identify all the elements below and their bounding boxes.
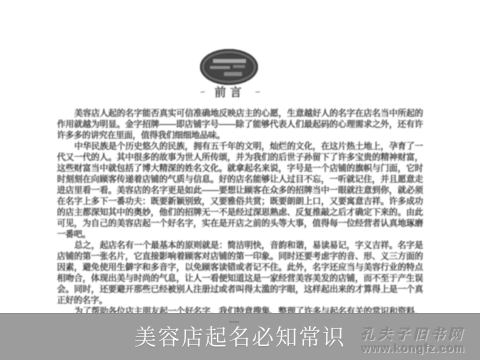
right-flourish-icon: ~ (254, 87, 261, 98)
paragraph: 总之，起店名有一个最基本的原则就是：简洁明快，音韵和谐，易读易记，字义吉祥。名字… (57, 240, 423, 306)
caption-bar: 美容店起名必知常识 孔夫子旧书网 www.kongfz.com (0, 313, 480, 360)
scanned-book-page: ~ 前言 ~ 美容店人起的名字能否真实可信准确地反映店主的心愿，生意越好人的名字… (0, 0, 480, 360)
section-label-row: ~ 前言 ~ (160, 84, 300, 100)
watermark: 孔夫子旧书网 www.kongfz.com (361, 328, 466, 355)
left-flourish-icon: ~ (199, 87, 206, 98)
document-body: 美容店人起的名字能否真实可信准确地反映店主的心愿，生意越好人的名字在店名当中所起… (57, 108, 423, 314)
watermark-site-name: 孔夫子旧书网 (361, 328, 466, 343)
paragraph: 中华民族是个历史悠久的民族，拥有五千年的文明，灿烂的文化，在这片热土地上，孕育了… (57, 141, 423, 240)
seal-inner-mark (224, 72, 242, 76)
publisher-seal-icon (200, 49, 258, 85)
seal-inner-mark (213, 59, 246, 63)
seal-inner-mark (233, 65, 245, 68)
seal-inner-mark (210, 66, 230, 69)
section-label: 前言 (215, 84, 246, 100)
paragraph: 美容店人起的名字能否真实可信准确地反映店主的心愿，生意越好人的名字在店名当中所起… (57, 108, 423, 141)
watermark-site-url: www.kongfz.com (361, 343, 466, 355)
